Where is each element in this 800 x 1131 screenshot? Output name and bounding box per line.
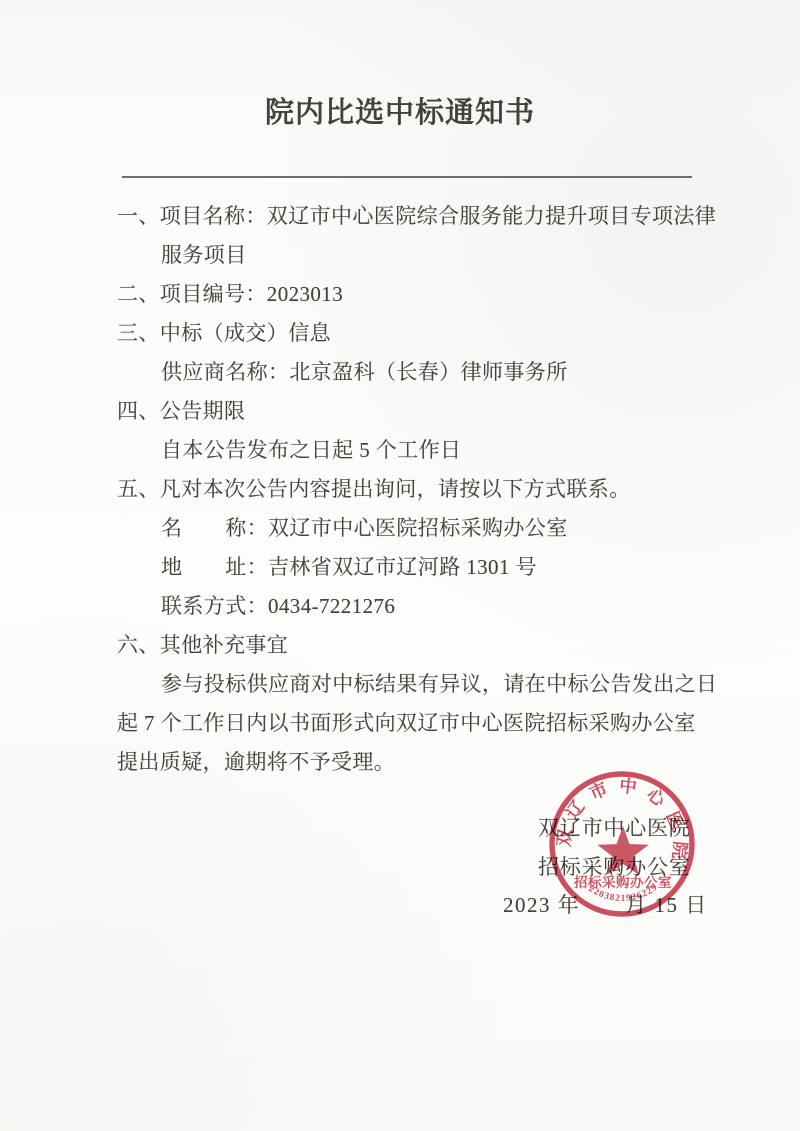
document-line: 四、公告期限: [117, 392, 727, 431]
document-line: 三、中标（成交）信息: [117, 314, 727, 353]
document-title: 院内比选中标通知书: [0, 90, 800, 131]
title-divider: [122, 176, 692, 178]
document-line: 自本公告发布之日起 5 个工作日: [117, 431, 727, 470]
document-line: 起 7 个工作日内以书面形式向双辽市中心医院招标采购办公室: [117, 704, 727, 743]
document-line: 服务项目: [117, 236, 727, 275]
document-line: 六、其他补充事宜: [117, 626, 727, 665]
document-page: 院内比选中标通知书 一、项目名称：双辽市中心医院综合服务能力提升项目专项法律服务…: [0, 0, 800, 1131]
document-line: 二、项目编号：2023013: [117, 275, 727, 314]
seal-arc-char: 中: [618, 775, 637, 797]
seal-arc-char: 双: [553, 828, 575, 848]
seal-code-digit: 2: [615, 894, 621, 904]
document-line: 名 称：双辽市中心医院招标采购办公室: [117, 509, 727, 548]
document-line: 地 址：吉林省双辽市辽河路 1301 号: [117, 548, 727, 587]
document-line: 联系方式：0434-7221276: [117, 587, 727, 626]
star-icon: [597, 826, 648, 875]
document-line: 供应商名称：北京盈科（长春）律师事务所: [117, 353, 727, 392]
document-line: 一、项目名称：双辽市中心医院综合服务能力提升项目专项法律: [117, 197, 727, 236]
document-line: 五、凡对本次公告内容提出询问，请按以下方式联系。: [117, 470, 727, 509]
seal-arc-char: 院: [669, 840, 691, 860]
official-seal: 招标采购办公室 双辽市中心医院2203821926229: [531, 753, 713, 935]
document-body: 一、项目名称：双辽市中心医院综合服务能力提升项目专项法律服务项目二、项目编号：2…: [117, 197, 727, 782]
seal-center-text: 招标采购办公室: [573, 874, 672, 890]
document-line: 参与投标供应商对中标结果有异议，请在中标公告发出之日: [117, 665, 727, 704]
